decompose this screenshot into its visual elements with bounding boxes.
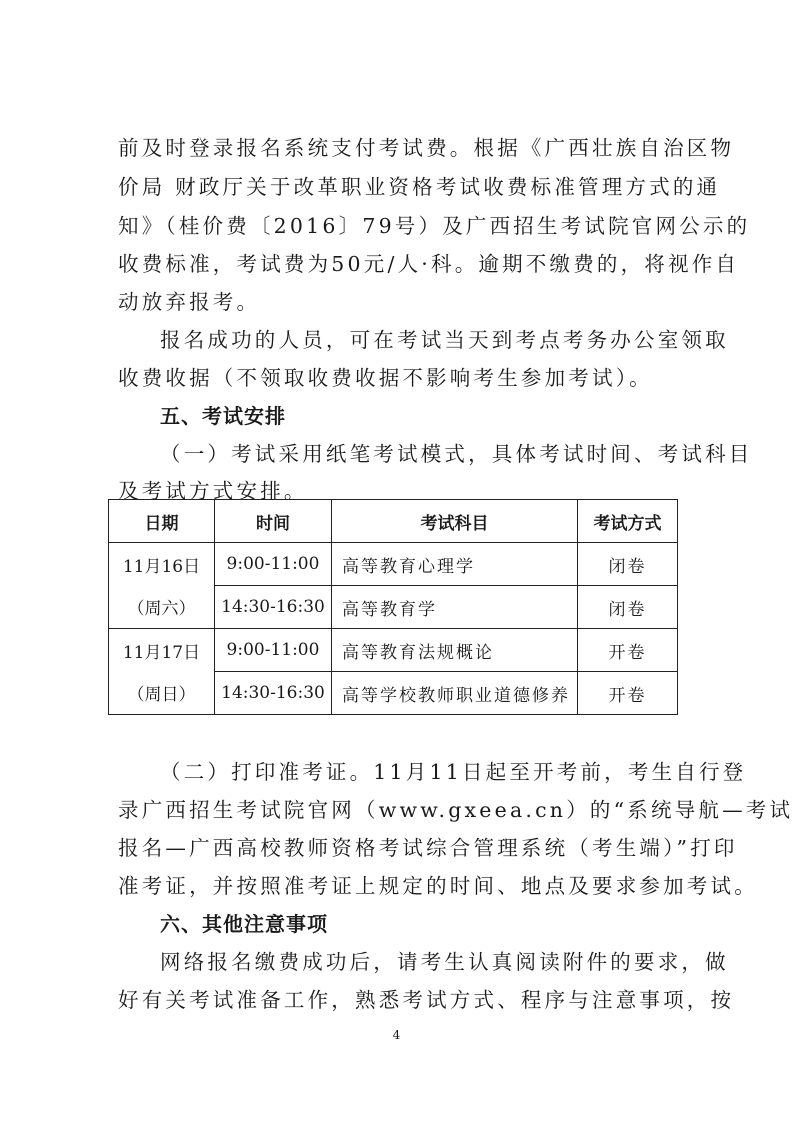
subject-cell: 高等教育心理学 xyxy=(332,543,578,586)
mode-cell: 开卷 xyxy=(578,629,678,672)
header-date: 日期 xyxy=(109,500,215,543)
paragraph-fee-line: 动放弃报考。 xyxy=(118,288,688,316)
paragraph-fee-line: 价局 财政厅关于改革职业资格考试收费标准管理方式的通 xyxy=(118,173,688,201)
subsection-2-line: 准考证，并按照准考证上规定的时间、地点及要求参加考试。 xyxy=(118,872,688,900)
paragraph-notes-line: 网络报名缴费成功后，请考生认真阅读附件的要求，做 xyxy=(160,948,730,976)
subsection-1-line: （一）考试采用纸笔考试模式，具体考试时间、考试科目 xyxy=(160,440,730,468)
subsection-2-line: 报名—广西高校教师资格考试综合管理系统（考生端）”打印 xyxy=(118,834,688,862)
weekday-cell: （周日） xyxy=(109,672,215,715)
date-cell: 11月17日 xyxy=(109,629,215,672)
table-row: 11月16日 9:00-11:00 高等教育心理学 闭卷 xyxy=(109,543,678,586)
subject-cell: 高等学校教师职业道德修养 xyxy=(332,672,578,715)
table-row: （周日） 14:30-16:30 高等学校教师职业道德修养 开卷 xyxy=(109,672,678,715)
section-heading-other-notes: 六、其他注意事项 xyxy=(160,910,730,938)
weekday-cell: （周六） xyxy=(109,586,215,629)
date-cell: 11月16日 xyxy=(109,543,215,586)
mode-cell: 开卷 xyxy=(578,672,678,715)
table-row: （周六） 14:30-16:30 高等教育学 闭卷 xyxy=(109,586,678,629)
header-mode: 考试方式 xyxy=(578,500,678,543)
paragraph-receipt-line: 报名成功的人员，可在考试当天到考点考务办公室领取 xyxy=(160,326,730,354)
paragraph-fee-line: 前及时登录报名系统支付考试费。根据《广西壮族自治区物 xyxy=(118,134,688,162)
mode-cell: 闭卷 xyxy=(578,586,678,629)
exam-schedule-table: 日期 时间 考试科目 考试方式 11月16日 9:00-11:00 高等教育心理… xyxy=(108,499,678,715)
paragraph-fee-line: 收费标准，考试费为50元/人·科。逾期不缴费的，将视作自 xyxy=(118,250,688,278)
paragraph-notes-line: 好有关考试准备工作，熟悉考试方式、程序与注意事项，按 xyxy=(118,986,688,1014)
mode-cell: 闭卷 xyxy=(578,543,678,586)
paragraph-fee-line: 知》（桂价费〔2016〕79号）及广西招生考试院官网公示的 xyxy=(118,212,688,240)
subject-cell: 高等教育法规概论 xyxy=(332,629,578,672)
section-heading-exam-arrangement: 五、考试安排 xyxy=(160,402,730,430)
table-header-row: 日期 时间 考试科目 考试方式 xyxy=(109,500,678,543)
time-cell: 14:30-16:30 xyxy=(215,586,332,629)
header-time: 时间 xyxy=(215,500,332,543)
document-page: 前及时登录报名系统支付考试费。根据《广西壮族自治区物 价局 财政厅关于改革职业资… xyxy=(0,0,793,1122)
subsection-2-line: （二）打印准考证。11月11日起至开考前，考生自行登 xyxy=(160,758,730,786)
time-cell: 9:00-11:00 xyxy=(215,543,332,586)
paragraph-receipt-line: 收费收据（不领取收费收据不影响考生参加考试）。 xyxy=(118,364,688,392)
page-number: 4 xyxy=(0,1028,793,1042)
subsection-2-line: 录广西招生考试院官网（www.gxeea.cn）的“系统导航—考试 xyxy=(118,796,688,824)
time-cell: 14:30-16:30 xyxy=(215,672,332,715)
subject-cell: 高等教育学 xyxy=(332,586,578,629)
header-subject: 考试科目 xyxy=(332,500,578,543)
table-row: 11月17日 9:00-11:00 高等教育法规概论 开卷 xyxy=(109,629,678,672)
time-cell: 9:00-11:00 xyxy=(215,629,332,672)
